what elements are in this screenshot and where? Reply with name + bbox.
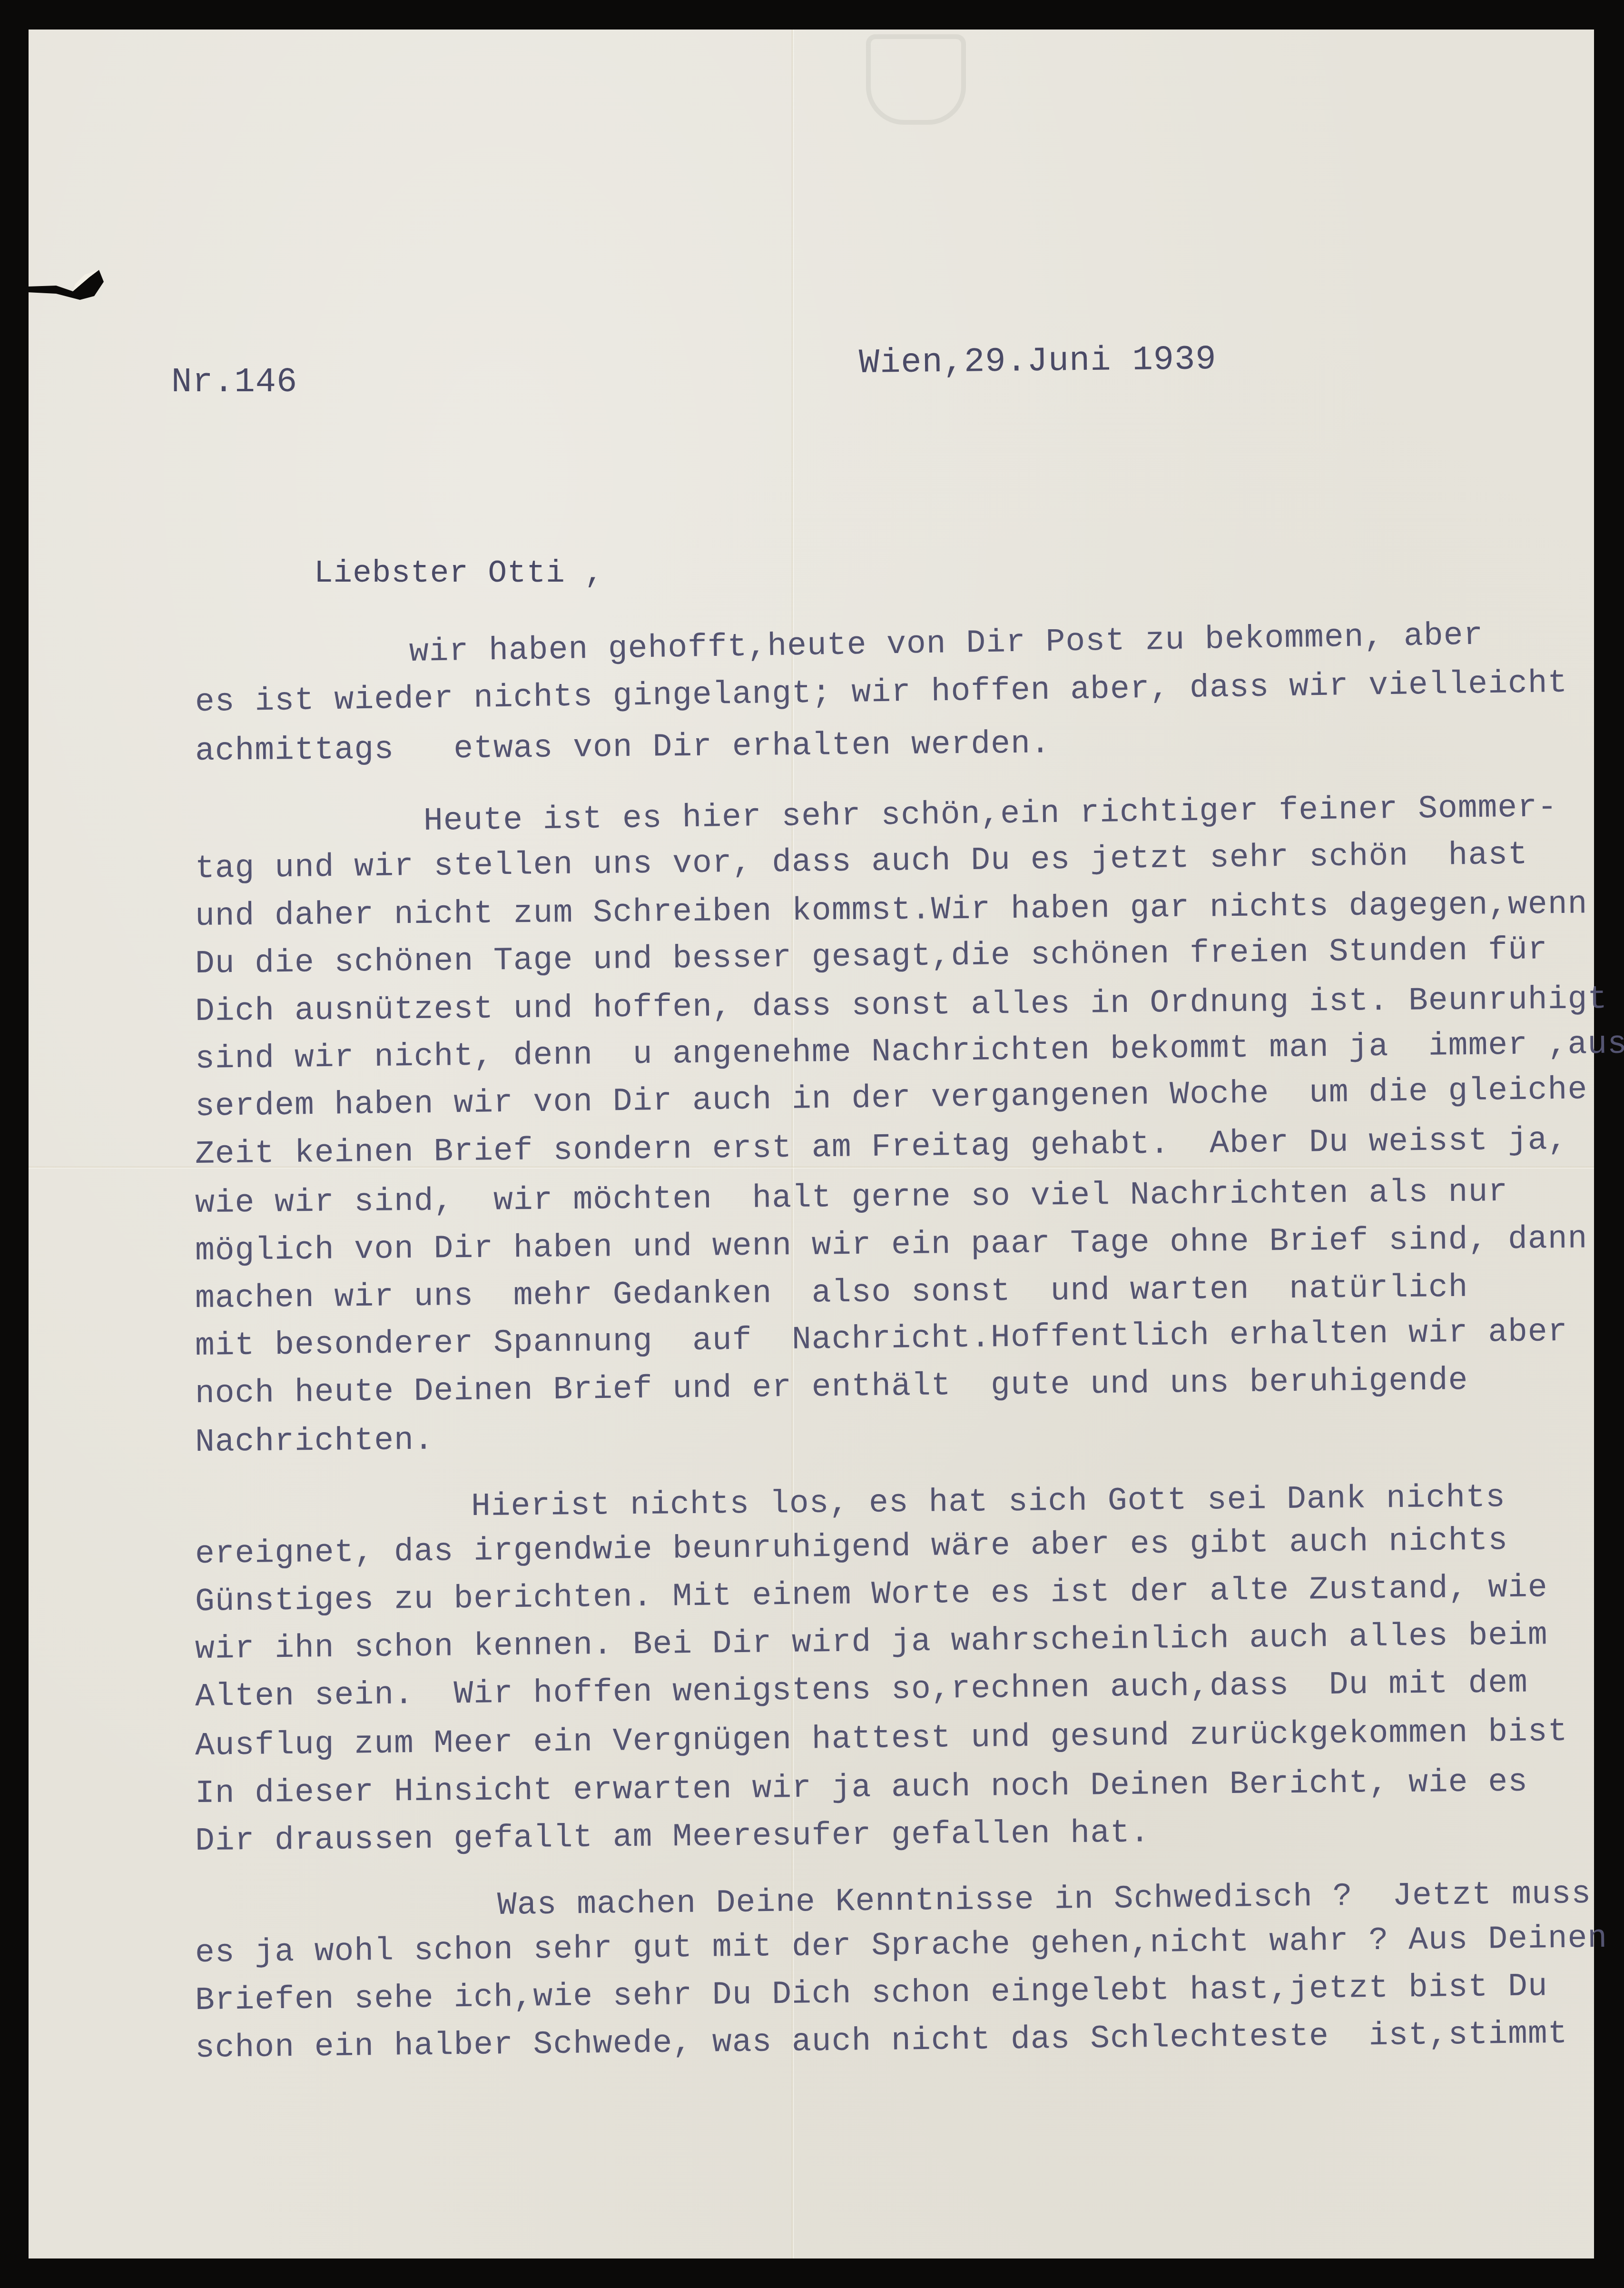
letter-line: tag und wir stellen uns vor, dass auch D… [195,837,1528,887]
letter-line: achmittags etwas von Dir erhalten werden… [195,725,1051,770]
letter-line: es ja wohl schon sehr gut mit der Sprach… [195,1920,1608,1971]
letter-line: Hierist nichts los, es hat sich Gott sei… [471,1479,1506,1525]
letter-line: es ist wieder nichts gingelangt; wir hof… [195,665,1567,721]
letter-line: wir haben gehofft,heute von Dir Post zu … [409,617,1483,671]
letter-line: Briefen sehe ich,wie sehr Du Dich schon … [195,1968,1548,2019]
letter-line: sind wir nicht, denn u angenehme Nachric… [195,1026,1624,1078]
letter-line: Ausflug zum Meer ein Vergnügen hattest u… [195,1714,1568,1764]
letter-line: Nachrichten. [195,1422,434,1461]
letter-line: Du die schönen Tage und besser gesagt,di… [195,931,1548,982]
embossed-watermark [866,34,966,125]
letter-line: Zeit keinen Brief sondern erst am Freita… [195,1122,1568,1173]
letter-line: Dir draussen gefallt am Meeresufer gefal… [195,1814,1150,1860]
letter-line: In dieser Hinsicht erwarten wir ja auch … [195,1764,1528,1812]
letter-number: Nr.146 [171,363,297,402]
letter-line: und daher nicht zum Schreiben kommst.Wir… [195,886,1588,935]
letter-line: möglich von Dir haben und wenn wir ein p… [195,1220,1588,1269]
letter-line: wie wir sind, wir möchten halt gerne so … [195,1174,1508,1222]
letter-line: serdem haben wir von Dir auch in der ver… [195,1071,1588,1125]
letter-paper: Nr.146 Wien,29.Juni 1939 Liebster Otti ,… [29,30,1594,2258]
letter-line: Günstiges zu berichten. Mit einem Worte … [195,1569,1548,1620]
letter-line: wir ihn schon kennen. Bei Dir wird ja wa… [195,1617,1548,1668]
letter-line: schon ein halber Schwede, was auch nicht… [195,2016,1568,2067]
letter-line: Dich ausnützest und hoffen, dass sonst a… [195,981,1608,1030]
torn-edge-notch [28,258,108,301]
letter-line: mit besonderer Spannung auf Nachricht.Ho… [195,1314,1568,1365]
salutation: Liebster Otti , [314,555,604,591]
letter-line: machen wir uns mehr Gedanken also sonst … [195,1269,1468,1317]
place-and-date: Wien,29.Juni 1939 [859,340,1217,383]
letter-line: Alten sein. Wir hoffen wenigstens so,rec… [195,1665,1528,1715]
letter-line: noch heute Deinen Brief und er enthält g… [195,1362,1468,1412]
letter-line: Heute ist es hier sehr schön,ein richtig… [423,789,1558,840]
letter-line: ereignet, das irgendwie beunruhigend wär… [195,1522,1508,1573]
letter-line: Was machen Deine Kenntnisse in Schwedisc… [497,1876,1592,1924]
